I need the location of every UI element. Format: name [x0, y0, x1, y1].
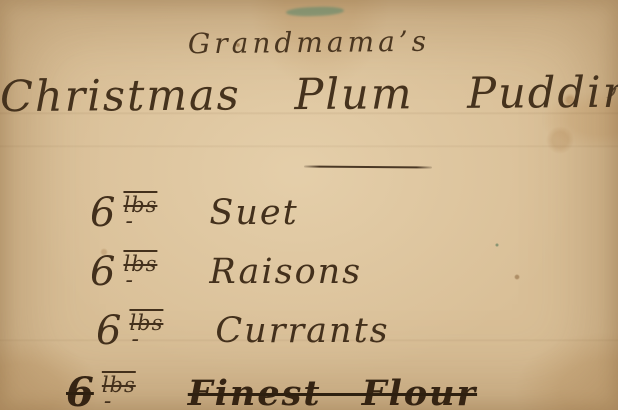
unit-stack: lbs - — [102, 375, 136, 407]
recipe-page: Grandmama’s Christmas Plum Pudding 6 lbs… — [0, 0, 618, 410]
quantity: 6 — [90, 195, 115, 231]
ingredient-name: Finest Flour — [188, 376, 477, 410]
unit-stack: lbs - — [129, 313, 163, 345]
ingredient-name: Currants — [215, 314, 389, 349]
ingredient-row: 6 lbs - Raisons — [0, 231, 618, 290]
ingredient-name: Raisons — [209, 255, 362, 290]
ingredient-list: 6 lbs - Suet 6 lbs - Raisons 6 lbs - Cur… — [0, 172, 618, 410]
unit-stack: lbs - — [123, 254, 157, 286]
ingredient-row: 6 lbs - Suet — [0, 172, 618, 231]
ingredient-row: 6 lbs - Currants — [0, 290, 618, 349]
quantity: 6 — [66, 375, 94, 410]
recipe-attribution: Grandmama’s — [0, 23, 618, 62]
ditto-dash: - — [131, 334, 138, 345]
quantity: 6 — [90, 254, 115, 290]
ditto-dash: - — [104, 396, 111, 407]
recipe-title: Christmas Plum Pudding — [0, 68, 618, 122]
green-ink-smudge — [286, 6, 344, 17]
unit-stack: lbs - — [123, 195, 157, 227]
ditto-dash: - — [125, 275, 132, 286]
quantity: 6 — [96, 313, 121, 349]
ingredient-name: Suet — [209, 196, 298, 231]
ingredient-row: 6 lbs - Finest Flour — [0, 349, 618, 410]
ditto-dash: - — [125, 216, 132, 227]
divider-line — [304, 166, 432, 169]
